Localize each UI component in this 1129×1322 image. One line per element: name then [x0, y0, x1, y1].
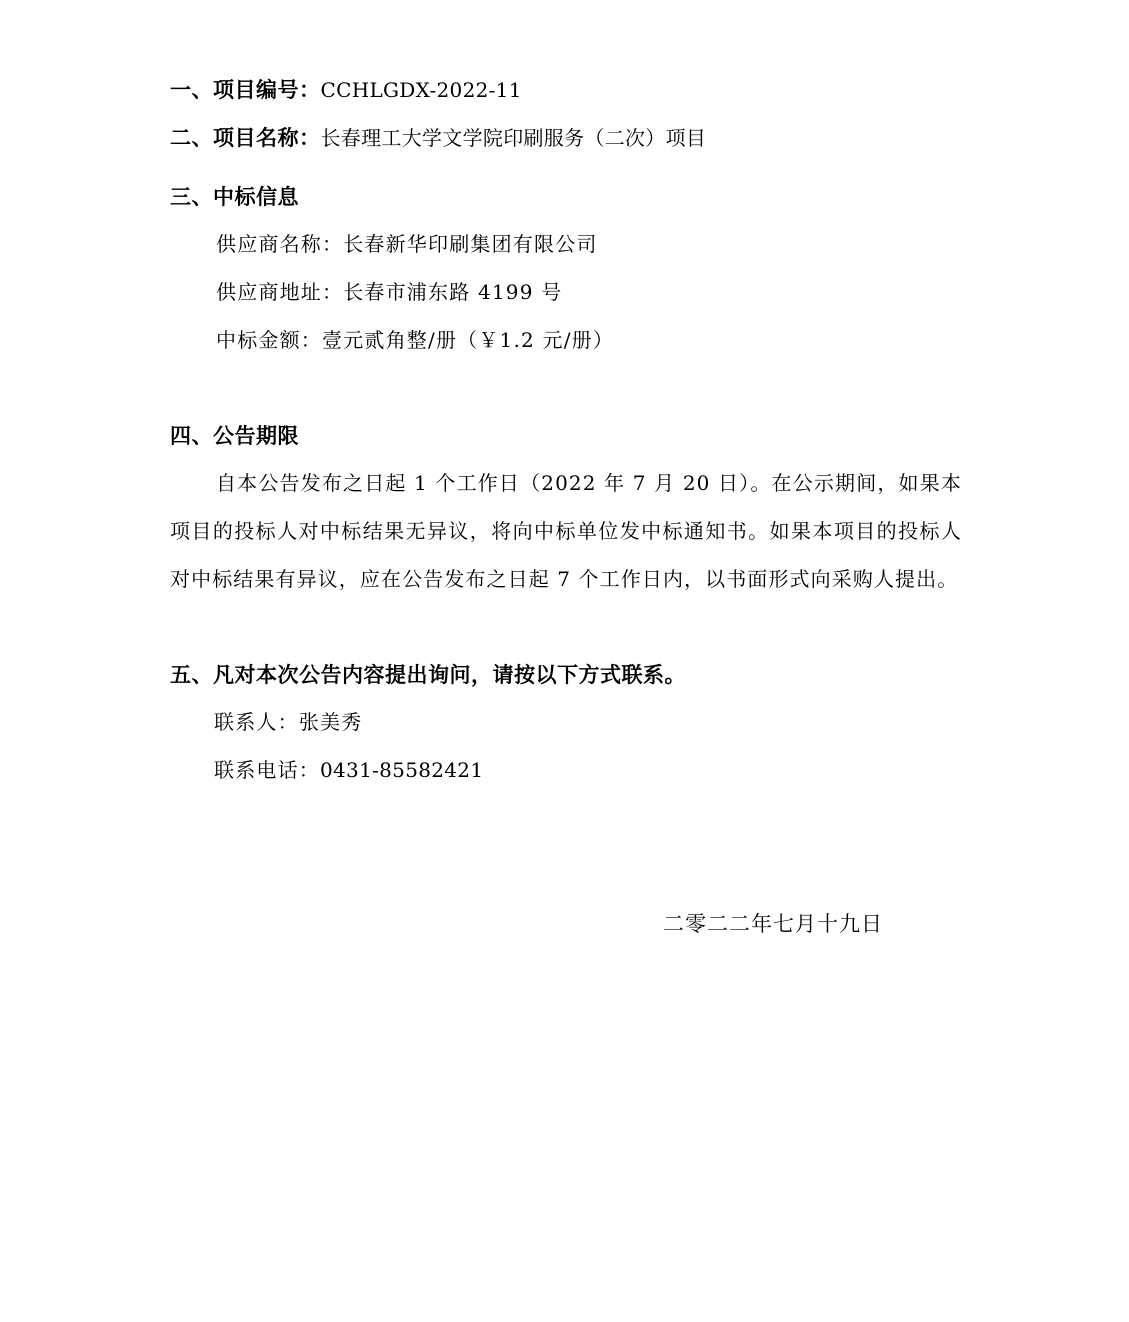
supplier-address-value: 长春市浦东路 4199 号	[343, 280, 562, 304]
contact-heading-line: 五、凡对本次公告内容提出询问，请按以下方式联系。	[170, 661, 686, 689]
project-number-heading: 一、项目编号：	[170, 78, 321, 102]
award-info-heading: 三、中标信息	[170, 185, 299, 209]
supplier-address-line: 供应商地址：长春市浦东路 4199 号	[216, 278, 562, 306]
document-date: 二零二二年七月十九日	[663, 908, 883, 938]
supplier-name-label: 供应商名称：	[216, 232, 343, 256]
award-amount-label: 中标金额：	[216, 328, 322, 352]
document-page: 一、项目编号：CCHLGDX-2022-11 二、项目名称：长春理工大学文学院印…	[0, 0, 1129, 1322]
project-number-line: 一、项目编号：CCHLGDX-2022-11	[170, 76, 522, 104]
notice-period-paragraph: 自本公告发布之日起 1 个工作日（2022 年 7 月 20 日）。在公示期间，…	[170, 459, 962, 603]
project-name-heading: 二、项目名称：	[170, 126, 321, 150]
project-number-value: CCHLGDX-2022-11	[321, 78, 522, 102]
contact-person-line: 联系人：张美秀	[214, 708, 362, 736]
award-amount-line: 中标金额：壹元贰角整/册（￥1.2 元/册）	[216, 326, 614, 354]
award-amount-value: 壹元贰角整/册（￥1.2 元/册）	[322, 328, 614, 352]
contact-heading: 五、凡对本次公告内容提出询问，请按以下方式联系。	[170, 663, 686, 687]
supplier-name-line: 供应商名称：长春新华印刷集团有限公司	[216, 230, 598, 258]
contact-phone-line: 联系电话：0431-85582421	[214, 756, 483, 784]
notice-period-heading: 四、公告期限	[170, 424, 299, 448]
notice-period-heading-line: 四、公告期限	[170, 422, 299, 450]
project-name-value: 长春理工大学文学院印刷服务（二次）项目	[321, 126, 707, 150]
contact-phone-value: 0431-85582421	[320, 758, 483, 782]
contact-phone-label: 联系电话：	[214, 758, 320, 782]
supplier-address-label: 供应商地址：	[216, 280, 343, 304]
project-name-line: 二、项目名称：长春理工大学文学院印刷服务（二次）项目	[170, 124, 706, 152]
supplier-name-value: 长春新华印刷集团有限公司	[343, 232, 597, 256]
contact-person-value: 张美秀	[299, 710, 363, 734]
award-info-heading-line: 三、中标信息	[170, 183, 299, 211]
contact-person-label: 联系人：	[214, 710, 299, 734]
